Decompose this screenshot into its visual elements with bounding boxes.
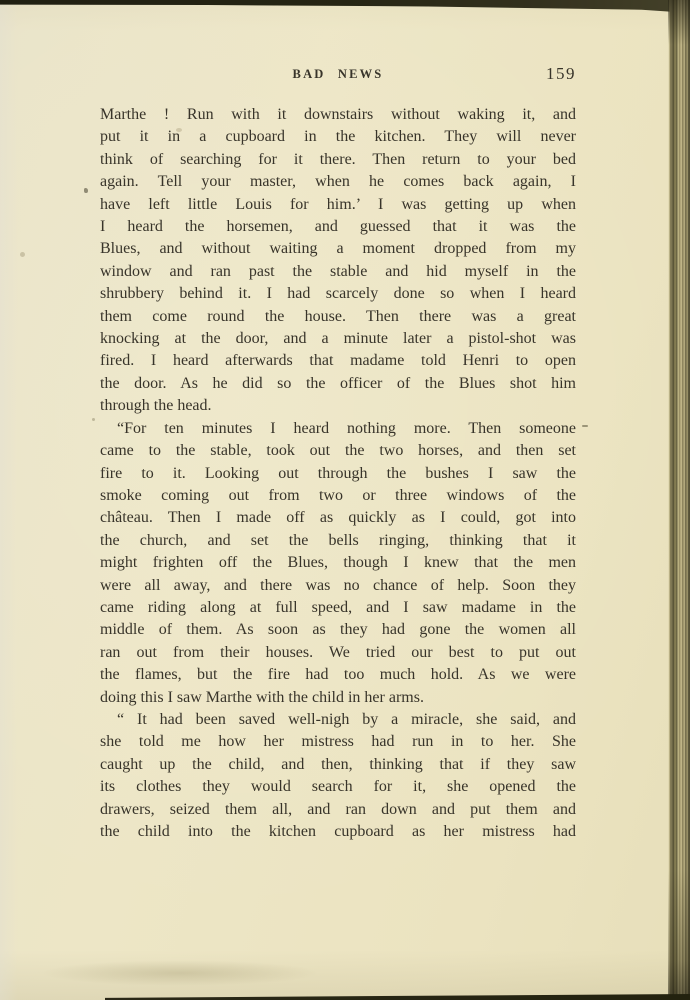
running-title: BAD NEWS <box>293 67 384 82</box>
text-line: through the head. <box>100 395 576 417</box>
text-line: fired. I heard afterwards that madame to… <box>100 350 576 372</box>
text-line: she told me how her mistress had run in … <box>100 731 576 753</box>
text-line: came riding along at full speed, and I s… <box>100 597 576 619</box>
text-line: ran out from their houses. We tried our … <box>100 642 576 664</box>
text-line: think of searching for it there. Then re… <box>100 149 576 171</box>
text-line: the flames, but the fire had too much ho… <box>100 664 576 686</box>
text-line: put it in a cupboard in the kitchen. The… <box>100 126 576 148</box>
text-line: have left little Louis for him.’ I was g… <box>100 194 576 216</box>
book-page-scan: BAD NEWS 159 Marthe ! Run with it downst… <box>0 0 690 1000</box>
text-line: “ It had been saved well-nigh by a mirac… <box>100 709 576 731</box>
text-line: smoke coming out from two or three windo… <box>100 485 576 507</box>
text-line: drawers, seized them all, and ran down a… <box>100 799 576 821</box>
text-line: Blues, and without waiting a moment drop… <box>100 238 576 260</box>
text-line: “For ten minutes I heard nothing more. T… <box>100 418 576 440</box>
text-line: again. Tell your master, when he comes b… <box>100 171 576 193</box>
text-line: window and ran past the stable and hid m… <box>100 261 576 283</box>
paragraph: “For ten minutes I heard nothing more. T… <box>100 418 576 709</box>
text-line: the door. As he did so the officer of th… <box>100 373 576 395</box>
text-line: knocking at the door, and a minute later… <box>100 328 576 350</box>
text-line: them come round the house. Then there wa… <box>100 306 576 328</box>
text-line: its clothes they would search for it, sh… <box>100 776 576 798</box>
paragraph: “ It had been saved well-nigh by a mirac… <box>100 709 576 843</box>
text-line: doing this I saw Marthe with the child i… <box>100 687 576 709</box>
text-line: caught up the child, and then, thinking … <box>100 754 576 776</box>
text-line: shrubbery behind it. I had scarcely done… <box>100 283 576 305</box>
text-line: château. Then I made off as quickly as I… <box>100 507 576 529</box>
text-line: fire to it. Looking out through the bush… <box>100 463 576 485</box>
page-header: BAD NEWS 159 <box>100 64 576 86</box>
page-number: 159 <box>546 64 576 84</box>
text-line: the church, and set the bells ringing, t… <box>100 530 576 552</box>
text-line: the child into the kitchen cupboard as h… <box>100 821 576 843</box>
text-line: I heard the horsemen, and guessed that i… <box>100 216 576 238</box>
text-line: were all away, and there was no chance o… <box>100 575 576 597</box>
body-text: Marthe ! Run with it downstairs without … <box>100 104 576 843</box>
text-line: Marthe ! Run with it downstairs without … <box>100 104 576 126</box>
text-line: might frighten off the Blues, though I k… <box>100 552 576 574</box>
text-line: came to the stable, took out the two hor… <box>100 440 576 462</box>
paragraph: Marthe ! Run with it downstairs without … <box>100 104 576 418</box>
text-line: middle of them. As soon as they had gone… <box>100 619 576 641</box>
page-stack-edge <box>668 0 690 1000</box>
